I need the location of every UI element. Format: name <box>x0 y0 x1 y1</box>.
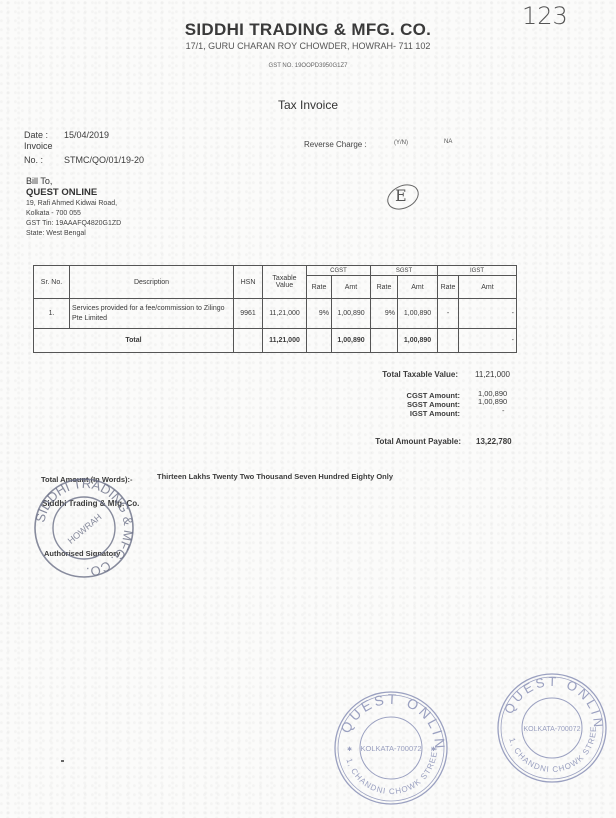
header-sr-no: Sr. No. <box>34 266 70 299</box>
svg-text:KOLKATA-700072: KOLKATA-700072 <box>524 726 581 733</box>
header-hsn: HSN <box>234 266 263 299</box>
bill-to-address-2: Kolkata - 700 055 <box>26 210 81 217</box>
svg-text:KOLKATA-700072: KOLKATA-700072 <box>360 744 421 753</box>
bill-to-address-1: 19, Rafi Ahmed Kidwai Road, <box>26 200 117 207</box>
sgst-amount-value: 1,00,890 <box>478 397 507 406</box>
total-hsn <box>234 329 263 353</box>
header-igst-amt: Amt <box>459 276 517 299</box>
table-row: 1. Services provided for a fee/commissio… <box>34 299 517 329</box>
header-cgst-rate: Rate <box>307 276 332 299</box>
total-taxable: 11,21,000 <box>263 329 307 353</box>
cell-hsn: 9961 <box>234 299 263 329</box>
header-description: Description <box>70 266 234 299</box>
cell-cgst-amt: 1,00,890 <box>332 299 371 329</box>
bill-to-gst-tin: GST Tin: 19AAAFQ4820G1ZD <box>26 220 121 227</box>
total-sgst-rate <box>371 329 398 353</box>
cell-sr: 1. <box>34 299 70 329</box>
company-gst-no: GST NO. 19OOPD3950G1Z7 <box>0 63 616 69</box>
date-label: Date : <box>24 130 48 140</box>
circled-e-annotation: E <box>382 178 422 208</box>
header-sgst: SGST <box>371 266 438 276</box>
igst-amount-label: IGST Amount: <box>410 409 460 418</box>
total-payable-label: Total Amount Payable: <box>375 437 461 446</box>
total-igst-amt: - <box>459 329 517 353</box>
svg-text:QUEST ONLINE: QUEST ONLINE <box>333 690 448 752</box>
header-sgst-amt: Amt <box>398 276 438 299</box>
sgst-amount-label: SGST Amount: <box>407 400 460 409</box>
total-taxable-label: Total Taxable Value: <box>382 370 458 379</box>
reverse-charge-value: NA <box>444 139 452 145</box>
table-total-row: Total 11,21,000 1,00,890 1,00,890 - <box>34 329 517 353</box>
cgst-amount-label: CGST Amount: <box>407 391 460 400</box>
header-taxable-value: Taxable Value <box>263 266 307 299</box>
buyer-company-stamp-duplicate: QUEST ONLINE 1, CHANDNI CHOWK STREET KOL… <box>496 672 608 784</box>
company-name: SIDDHI TRADING & MFG. CO. <box>0 20 616 40</box>
speck-mark <box>61 760 64 762</box>
igst-amount-value: - <box>502 406 505 415</box>
cell-description: Services provided for a fee/commission t… <box>70 299 234 329</box>
cell-igst-amt: - <box>459 299 517 329</box>
cell-igst-rate: - <box>438 299 459 329</box>
total-cgst-amt: 1,00,890 <box>332 329 371 353</box>
reverse-charge-yn: (Y/N) <box>394 140 408 146</box>
header-igst: IGST <box>438 266 517 276</box>
invoice-no-label: No. : <box>24 155 43 165</box>
seller-company-stamp: SIDDHI TRADING & MFG. CO. HOWRAH <box>32 476 136 580</box>
svg-text:QUEST ONLINE: QUEST ONLINE <box>496 672 606 731</box>
total-taxable-value: 11,21,000 <box>475 370 510 379</box>
header-cgst: CGST <box>307 266 371 276</box>
cell-cgst-rate: 9% <box>307 299 332 329</box>
svg-text:HOWRAH: HOWRAH <box>66 512 104 546</box>
cell-taxable: 11,21,000 <box>263 299 307 329</box>
header-igst-rate: Rate <box>438 276 459 299</box>
total-label: Total <box>34 329 234 353</box>
svg-text:✱: ✱ <box>347 746 352 753</box>
amount-in-words-value: Thirteen Lakhs Twenty Two Thousand Seven… <box>157 472 393 481</box>
svg-text:✱: ✱ <box>431 746 436 753</box>
total-sgst-amt: 1,00,890 <box>398 329 438 353</box>
total-igst-rate <box>438 329 459 353</box>
total-payable-value: 13,22,780 <box>476 437 512 446</box>
bill-to-name: QUEST ONLINE <box>26 187 97 198</box>
cell-sgst-amt: 1,00,890 <box>398 299 438 329</box>
header-sgst-rate: Rate <box>371 276 398 299</box>
invoice-label: Invoice <box>24 141 53 151</box>
cell-sgst-rate: 9% <box>371 299 398 329</box>
company-address: 17/1, GURU CHARAN ROY CHOWDER, HOWRAH- 7… <box>0 41 616 51</box>
reverse-charge-label: Reverse Charge : <box>304 140 367 149</box>
invoice-items-table: Sr. No. Description HSN Taxable Value CG… <box>33 265 517 353</box>
header-cgst-amt: Amt <box>332 276 371 299</box>
invoice-no-value: STMC/QO/01/19-20 <box>64 155 144 165</box>
document-title: Tax Invoice <box>0 98 616 112</box>
buyer-company-stamp: QUEST ONLINE 1, CHANDNI CHOWK STREET ✱ ✱… <box>333 690 449 806</box>
bill-to-label: Bill To, <box>26 176 52 186</box>
total-cgst-rate <box>307 329 332 353</box>
date-value: 15/04/2019 <box>64 130 109 140</box>
bill-to-state: State: West Bengal <box>26 230 86 237</box>
